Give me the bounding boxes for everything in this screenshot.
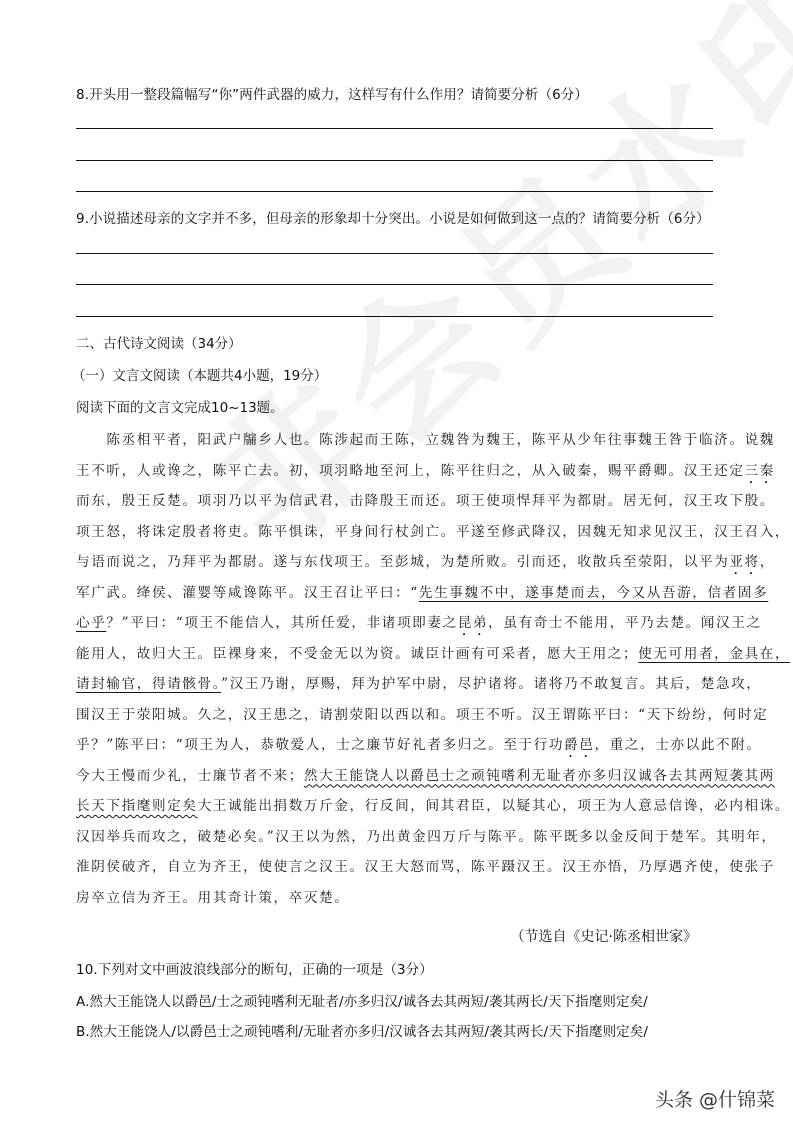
- wavy-underlined-text: 长天下指麾则定矣: [76, 798, 198, 814]
- passage-line: 长天下指麾则定矣大王诚能出捐数万斤金，行反间，间其君臣，以疑其心，项王为人意忌信…: [76, 794, 790, 814]
- option-b[interactable]: B.然大王能饶人/以爵邑士之顽钝嗜利/无耻者亦多归/汉诚各去其两短/袭其两长/天…: [76, 1020, 648, 1040]
- passage-line: 请封输官，得请骸骨。”汉王乃谢，厚赐，拜为护军中尉，尽护诸将。诸将乃不敢复言。其…: [76, 672, 761, 692]
- answer-line: [76, 316, 713, 317]
- wavy-underlined-text: 然大王能饶人以爵邑士之顽钝嗜利无耻者亦多归汉诚各去其两短袭其两: [304, 768, 775, 784]
- answer-line: [76, 253, 713, 254]
- answer-line: [76, 160, 713, 161]
- underlined-text: 请封输官，得请骸骨。: [76, 676, 221, 692]
- option-text: 然大王能饶人/以爵邑士之顽钝嗜利/无耻者亦多归/汉诚各去其两短/袭其两长/天下指…: [90, 1024, 648, 1040]
- passage-text: 围汉王于荥阳城。久之，汉王患之，请割荥阳以西以和。项王不听。汉王谓陈平曰：“天下…: [76, 707, 768, 723]
- passage-text: ，虽有奇士不能用，平乃去楚。闻汉王之: [488, 615, 762, 631]
- passage-line: 乎？”陈平曰：“项王为人，恭敬爱人，士之廉节好礼者多归之。至于行功爵邑，重之，士…: [76, 733, 762, 761]
- passage-text: ，重之，士亦以此不附。: [595, 737, 762, 753]
- passage-text: 陈丞相平者，阳武户牖乡人也。陈涉起而王陈，立魏咎为魏王，陈平从少年往事魏王咎于临…: [76, 432, 775, 448]
- passage-text: 今大王慢而少礼，士廉节者不来；: [76, 768, 304, 784]
- passage-line: 与语而说之，乃拜平为都尉。遂与东伐项王。至彭城，为楚所败。引而还，收散兵至荥阳，…: [76, 550, 775, 578]
- passage-text: 大王诚能出捐数万斤金，行反间，间其君臣，以疑其心，项王为人意忌信谗，必内相诛。: [198, 798, 791, 814]
- passage-text: 能用人，故归大王。臣裸身来，不受金无以为资。诚臣计画有可采者，愿大王用之；: [76, 646, 638, 662]
- option-text: 然大王能饶人以爵邑/士之顽钝嗜利无耻者/亦多归汉/诚各去其两短/袭其两长/天下指…: [90, 994, 648, 1010]
- question-10-stem: 10.下列对文中画波浪线部分的断句，正确的一项是（3分）: [76, 958, 433, 978]
- passage-text: 军广武。绛侯、灌婴等咸谗陈平。汉王召让平曰：“: [76, 585, 419, 601]
- brand-watermark: 头条 @什锦菜: [655, 1085, 775, 1112]
- reading-instruction: 阅读下面的文言文完成10~13题。: [76, 396, 284, 416]
- question-9: 9.小说描述母亲的文字并不多，但母亲的形象却十分突出。小说是如何做到这一点的？请…: [76, 207, 710, 227]
- emphasized-text: 昆弟: [458, 615, 488, 631]
- passage-line: 围汉王于荥阳城。久之，汉王患之，请割荥阳以西以和。项王不听。汉王谓陈平曰：“天下…: [76, 703, 768, 723]
- answer-line: [76, 284, 713, 285]
- passage-source: （节选自《史记·陈丞相世家》: [511, 926, 697, 946]
- emphasized-text: 三秦: [745, 463, 775, 479]
- option-label: B.: [76, 1024, 90, 1040]
- passage-line: 房卒立信为齐王。用其奇计策，卒灭楚。: [76, 886, 350, 906]
- passage-text: 淮阴侯破齐，自立为齐王，使使言之汉王。汉王大怒而骂，陈平蹑汉王。汉王亦悟，乃厚遇…: [76, 859, 775, 875]
- passage-text: ，: [760, 554, 775, 570]
- answer-line: [76, 191, 713, 192]
- emphasized-text: 亚将: [729, 554, 759, 570]
- passage-text: 房卒立信为齐王。用其奇计策，卒灭楚。: [76, 890, 350, 906]
- option-a[interactable]: A.然大王能饶人以爵邑/士之顽钝嗜利无耻者/亦多归汉/诚各去其两短/袭其两长/天…: [76, 990, 648, 1010]
- section-subtitle: （一）文言文阅读（本题共4小题，19分）: [72, 364, 327, 384]
- passage-line: 而东，殷王反楚。项羽乃以平为信武君，击降殷王而还。项王使项悍拜平为都尉。居无何，…: [76, 489, 775, 509]
- underlined-text: 先生事魏不中，遂事楚而去，今又从吾游，信者固多: [419, 585, 768, 601]
- passage-text: ？”平曰：“项王不能信人，其所任爱，非诸项即妻之: [106, 615, 457, 631]
- answer-line: [76, 128, 713, 129]
- passage-text: 项王怒，将诛定殷者将吏。陈平惧诛，平身间行杖剑亡。平遂至修武降汉，因魏无知求见汉…: [76, 524, 790, 540]
- underlined-text: 使无可用者，金具在，: [638, 646, 790, 662]
- passage-line: 项王怒，将诛定殷者将吏。陈平惧诛，平身间行杖剑亡。平遂至修武降汉，因魏无知求见汉…: [76, 520, 790, 540]
- passage-line: 能用人，故归大王。臣裸身来，不受金无以为资。诚臣计画有可采者，愿大王用之；使无可…: [76, 642, 790, 662]
- passage-text: 而东，殷王反楚。项羽乃以平为信武君，击降殷王而还。项王使项悍拜平为都尉。居无何，…: [76, 493, 775, 509]
- section-title: 二、古代诗文阅读（34分）: [76, 332, 242, 352]
- underlined-text: 心乎: [76, 615, 106, 631]
- option-label: A.: [76, 994, 90, 1010]
- passage-text: 汉因举兵而攻之，破楚必矣。”汉王以为然，乃出黄金四万斤与陈平。陈平既多以金反间于…: [76, 829, 777, 845]
- passage-text: 乎？”陈平曰：“项王为人，恭敬爱人，士之廉节好礼者多归之。至于行功: [76, 737, 564, 753]
- passage-line: 心乎？”平曰：“项王不能信人，其所任爱，非诸项即妻之昆弟，虽有奇士不能用，平乃去…: [76, 611, 762, 639]
- passage-text: 王不听，人或谗之，陈平亡去。初，项羽略地至河上，陈平往归之，从入破秦，赐平爵卿。…: [76, 463, 745, 479]
- question-8: 8.开头用一整段篇幅写“你”两件武器的威力，这样写有什么作用？请简要分析（6分）: [76, 83, 588, 103]
- passage-line: 汉因举兵而攻之，破楚必矣。”汉王以为然，乃出黄金四万斤与陈平。陈平既多以金反间于…: [76, 825, 777, 845]
- passage-line: 王不听，人或谗之，陈平亡去。初，项羽略地至河上，陈平往归之，从入破秦，赐平爵卿。…: [76, 459, 775, 487]
- passage-line: 淮阴侯破齐，自立为齐王，使使言之汉王。汉王大怒而骂，陈平蹑汉王。汉王亦悟，乃厚遇…: [76, 855, 775, 875]
- passage-text: 与语而说之，乃拜平为都尉。遂与东伐项王。至彭城，为楚所败。引而还，收散兵至荥阳，…: [76, 554, 729, 570]
- passage-line: 军广武。绛侯、灌婴等咸谗陈平。汉王召让平曰：“先生事魏不中，遂事楚而去，今又从吾…: [76, 581, 768, 601]
- emphasized-text: 爵邑: [564, 737, 594, 753]
- passage-text: ”汉王乃谢，厚赐，拜为护军中尉，尽护诸将。诸将乃不敢复言。其后，楚急攻，: [221, 676, 761, 692]
- passage-line: 陈丞相平者，阳武户牖乡人也。陈涉起而王陈，立魏咎为魏王，陈平从少年往事魏王咎于临…: [76, 428, 775, 448]
- passage-line: 今大王慢而少礼，士廉节者不来；然大王能饶人以爵邑士之顽钝嗜利无耻者亦多归汉诚各去…: [76, 764, 775, 784]
